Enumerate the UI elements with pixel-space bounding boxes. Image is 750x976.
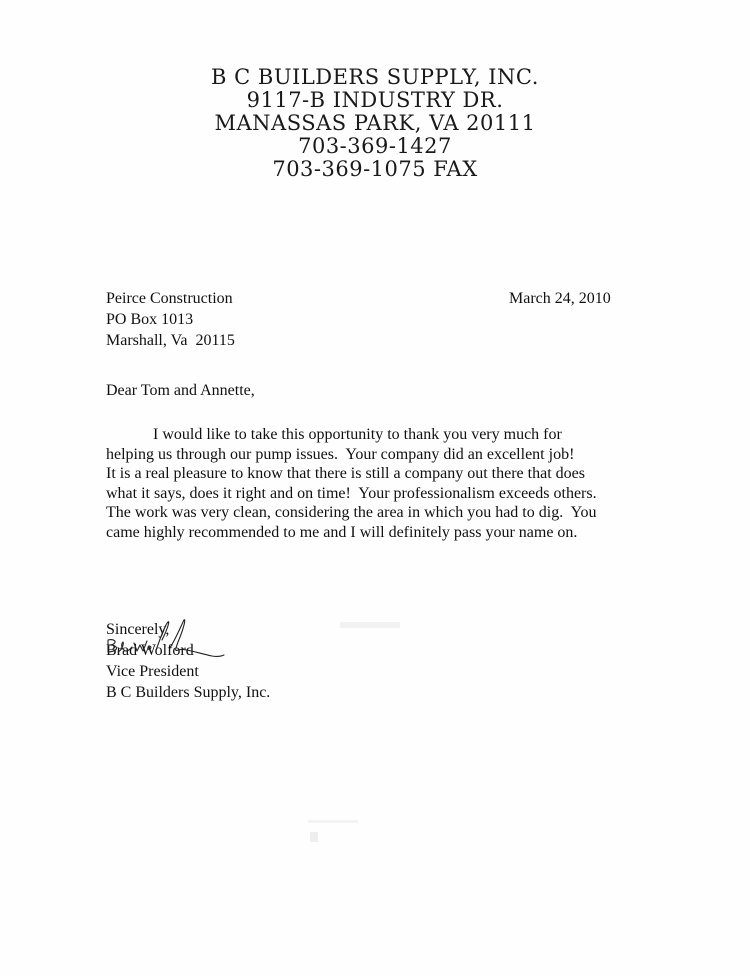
signature-icon — [104, 614, 234, 662]
recipient-address-line-2: Marshall, Va 20115 — [106, 330, 235, 351]
scan-artifact — [310, 832, 318, 842]
body-line: The work was very clean, considering the… — [106, 503, 646, 523]
letterhead-phone: 703-369-1427 — [0, 135, 750, 158]
letter-page: B C BUILDERS SUPPLY, INC. 9117-B INDUSTR… — [0, 0, 750, 976]
body-line: came highly recommended to me and I will… — [106, 523, 646, 543]
signer-title: Vice President — [106, 661, 270, 682]
scan-artifact — [308, 820, 358, 823]
salutation: Dear Tom and Annette, — [106, 382, 255, 400]
recipient-address-line-1: PO Box 1013 — [106, 309, 235, 330]
recipient-address: Peirce Construction PO Box 1013 Marshall… — [106, 288, 235, 351]
letterhead-street: 9117-B INDUSTRY DR. — [0, 89, 750, 112]
signer-company: B C Builders Supply, Inc. — [106, 682, 270, 703]
letterhead: B C BUILDERS SUPPLY, INC. 9117-B INDUSTR… — [0, 66, 750, 181]
letter-body: I would like to take this opportunity to… — [106, 425, 646, 542]
body-line: what it says, does it right and on time!… — [106, 484, 646, 504]
letterhead-company: B C BUILDERS SUPPLY, INC. — [0, 66, 750, 89]
body-line: helping us through our pump issues. Your… — [106, 445, 646, 465]
recipient-name: Peirce Construction — [106, 288, 235, 309]
scan-artifact — [340, 622, 400, 628]
body-line: I would like to take this opportunity to… — [106, 425, 646, 445]
letterhead-city: MANASSAS PARK, VA 20111 — [0, 112, 750, 135]
body-line: It is a real pleasure to know that there… — [106, 464, 646, 484]
letter-date: March 24, 2010 — [509, 288, 611, 309]
letterhead-fax: 703-369-1075 FAX — [0, 158, 750, 181]
